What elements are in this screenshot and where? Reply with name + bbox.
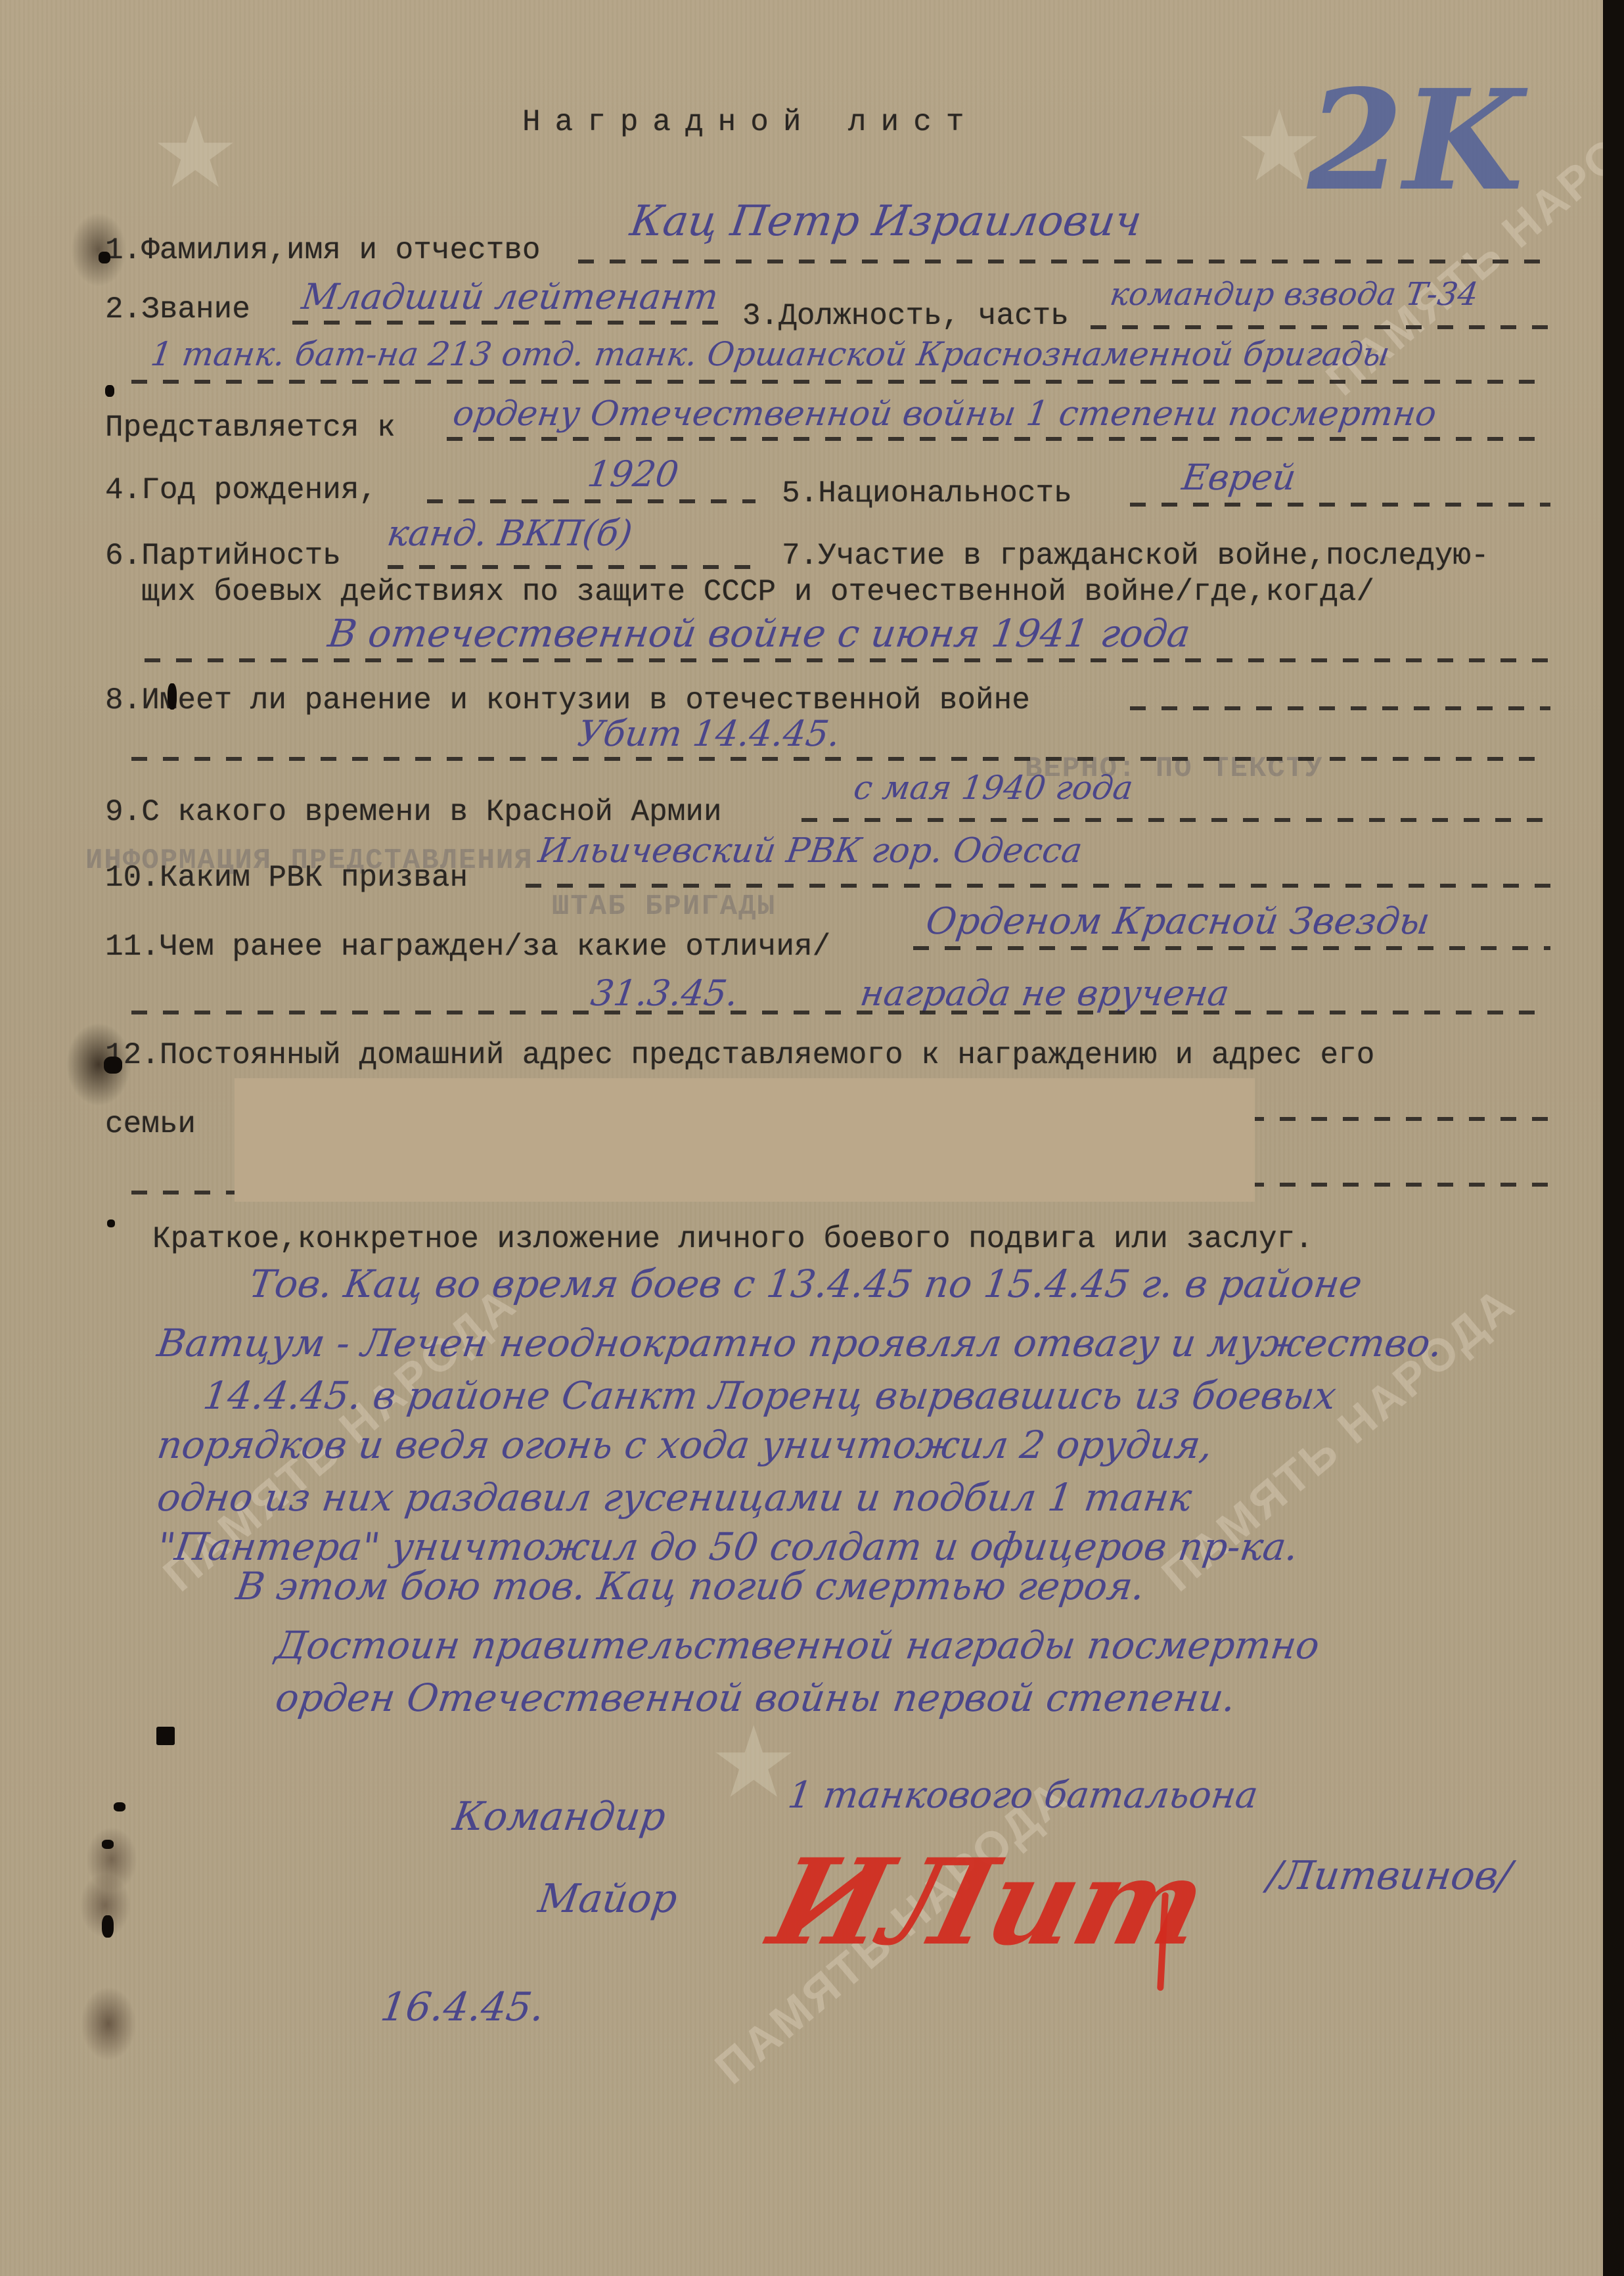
dotted-line (131, 1191, 237, 1195)
watermark-star-icon: ★ (710, 1721, 798, 1820)
field-8-label: 8.Имеет ли ранение и контузии в отечеств… (105, 683, 1030, 717)
binding-hole (168, 683, 177, 710)
dotted-line (1248, 1183, 1550, 1187)
conclusion-line: Достоин правительственной награды посмер… (273, 1623, 1322, 1668)
field-5-label: 5.Национальность (782, 476, 1072, 511)
field-11-label: 11.Чем ранее награжден/за какие отличия/ (105, 930, 830, 964)
summary-line: В этом бою тов. Кац погиб смертью героя. (233, 1564, 1148, 1608)
field-9-value: с мая 1940 года (851, 769, 1135, 807)
dotted-line (447, 437, 1550, 441)
summary-line: 14.4.45. в районе Санкт Лоренц вырвавшис… (200, 1373, 1339, 1418)
summary-line: одно из них раздавил гусеницами и подбил… (154, 1475, 1194, 1520)
field-4-label: 4.Год рождения, (105, 473, 377, 507)
corner-pencil-mark: 2K (1307, 59, 1523, 221)
binding-hole (105, 385, 114, 397)
dotted-line (913, 946, 1550, 950)
binding-hole (99, 252, 110, 263)
presented-value: ордену Отечественной войны 1 степени пос… (451, 394, 1439, 434)
field-11-note: награда не вручена (858, 972, 1232, 1014)
binding-hole (102, 1840, 114, 1849)
field-2-value: Младший лейтенант (300, 276, 721, 317)
dotted-line (131, 757, 1550, 761)
binding-hole (114, 1802, 125, 1811)
dotted-line (131, 380, 1550, 384)
summary-line: "Пантера" уничтожил до 50 солдат и офице… (154, 1524, 1301, 1569)
summary-line: Ватцум - Лечен неоднократно проявлял отв… (154, 1321, 1445, 1365)
field-1-value: Кац Петр Израилович (627, 197, 1144, 246)
document-title: Наградной лист (522, 105, 978, 139)
field-11-date: 31.3.45. (589, 972, 741, 1014)
summary-line: порядков и ведя огонь с хода уничтожил 2… (154, 1422, 1215, 1467)
presented-label: Представляется к (105, 411, 395, 445)
field-6-label: 6.Партийность (105, 539, 341, 573)
field-10-value: Ильичевский РВК гор. Одесса (536, 831, 1085, 871)
field-12-label-line2: семьи (105, 1107, 196, 1141)
binding-hole (104, 1057, 122, 1074)
dotted-line (131, 1011, 1550, 1014)
field-3-label: 3.Должность, часть (742, 299, 1069, 333)
dotted-line (292, 321, 719, 325)
field-3-value-line2: 1 танк. бат-на 213 отд. танк. Оршанской … (148, 335, 1392, 373)
signer-rank: Майор (535, 1876, 680, 1922)
watermark-star-icon: ★ (151, 112, 239, 210)
dotted-line (801, 818, 1550, 822)
summary-heading: Краткое,конкретное изложение личного бое… (152, 1222, 1313, 1256)
field-6-value: канд. ВКП(б) (385, 512, 635, 554)
field-12-label-line1: 12.Постоянный домашний адрес представляе… (105, 1038, 1374, 1072)
field-5-value: Еврей (1180, 457, 1299, 498)
dotted-line (1248, 1117, 1550, 1121)
field-2-label: 2.Звание (105, 292, 250, 327)
binding-hole (107, 1219, 115, 1227)
binding-hole (156, 1727, 175, 1745)
dotted-line (526, 884, 1550, 888)
field-10-label: 10.Каким РВК призван (105, 861, 468, 895)
red-signature: ИЛит (758, 1833, 1220, 1972)
summary-line: Тов. Кац во время боев с 13.4.45 по 15.4… (246, 1262, 1365, 1306)
dotted-line (388, 565, 756, 569)
dotted-line (1130, 503, 1550, 507)
redacted-address-block (235, 1078, 1255, 1202)
stamp-ghost: ШТАБ БРИГАДЫ (552, 890, 776, 923)
field-4-value: 1920 (585, 453, 681, 495)
field-7-label-line2: щих боевых действиях по защите СССР и от… (141, 575, 1374, 609)
dotted-line (427, 499, 756, 503)
field-9-label: 9.С какого времени в Красной Армии (105, 795, 722, 829)
signer-unit: 1 танкового батальона (785, 1774, 1260, 1817)
dotted-line (145, 658, 1550, 662)
dotted-line (578, 260, 1550, 263)
conclusion-line: орден Отечественной войны первой степени… (273, 1675, 1238, 1720)
signer-name: /Литвинов/ (1265, 1853, 1514, 1899)
field-7-value: В отечественной войне с июня 1941 года (325, 611, 1193, 656)
field-8-value: Убит 14.4.45. (575, 713, 843, 754)
field-3-value: командир взвода Т-34 (1108, 276, 1480, 313)
field-7-label-line1: 7.Участие в гражданской войне,последую- (782, 539, 1489, 573)
dotted-line (1130, 706, 1550, 710)
dotted-line (1091, 325, 1550, 329)
signer-title: Командир (450, 1794, 669, 1840)
award-sheet-page: ★ ПАМЯТЬ НАРОДА ★ ПАМЯТЬ НАРОДА ★ ПАМЯТЬ… (0, 0, 1603, 2276)
field-1-label: 1.Фамилия,имя и отчество (105, 233, 541, 267)
scan-edge (1603, 0, 1624, 2276)
signature-date: 16.4.45. (378, 1984, 547, 2030)
field-11-value: Орденом Красной Звезды (923, 900, 1432, 943)
binding-hole (102, 1915, 114, 1938)
